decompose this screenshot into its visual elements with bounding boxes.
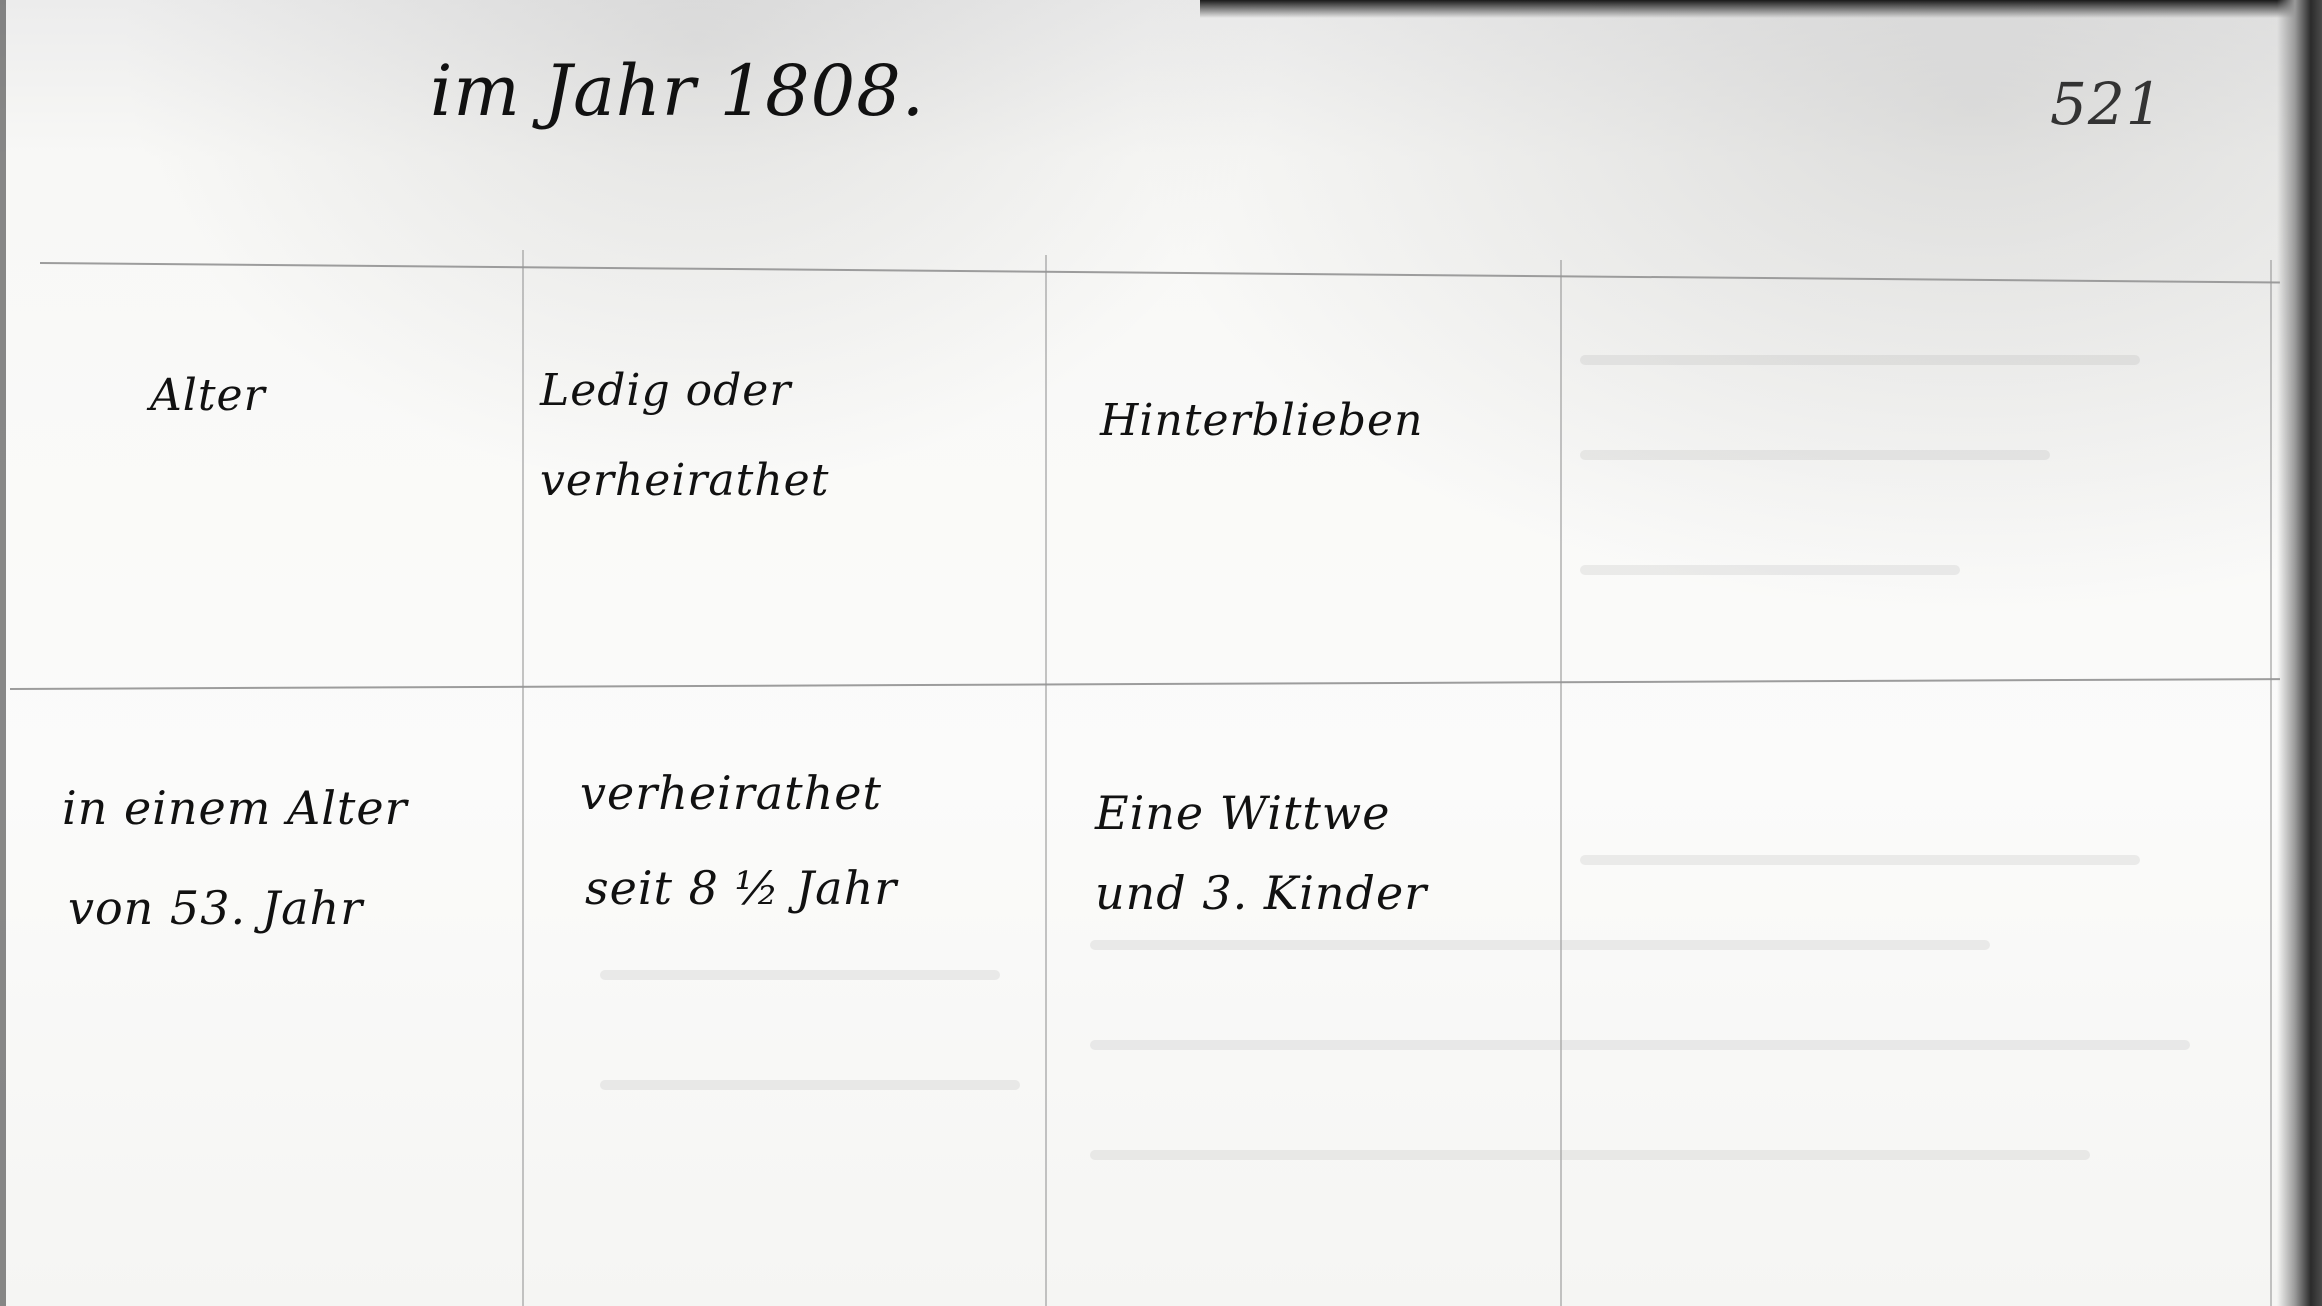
column-header-hinterblieben: Hinterblieben — [1100, 395, 1423, 446]
column-divider-4 — [2270, 260, 2272, 1306]
column-divider-2 — [1045, 255, 1047, 1306]
header-top-rule — [40, 262, 2280, 284]
cell-alter-line2: von 53. Jahr — [68, 870, 363, 946]
bleed-through-mark — [600, 970, 1000, 980]
column-header-stand-line2: verheirathet — [540, 455, 829, 506]
bleed-through-mark — [1580, 355, 2140, 365]
ledger-page: im Jahr 1808. 521 Alter Ledig oder verhe… — [0, 0, 2322, 1306]
bleed-through-mark — [1580, 450, 2050, 460]
bleed-through-mark — [1580, 565, 1960, 575]
cell-hinterblieben-line2: und 3. Kinder — [1095, 855, 1427, 931]
bleed-through-mark — [1580, 855, 2140, 865]
column-divider-3 — [1560, 260, 1562, 1306]
cell-alter-line1: in einem Alter — [62, 770, 408, 846]
column-header-alter: Alter — [150, 370, 266, 421]
bleed-through-mark — [1090, 1040, 2190, 1050]
header-bottom-rule — [10, 678, 2280, 690]
scan-top-shadow — [1200, 0, 2322, 18]
cell-stand-line1: verheirathet — [580, 755, 882, 831]
column-divider-1 — [522, 250, 524, 1306]
cell-hinterblieben-line1: Eine Wittwe — [1095, 775, 1391, 851]
bleed-through-mark — [1090, 940, 1990, 950]
page-number: 521 — [2050, 70, 2164, 138]
cell-stand-line2: seit 8 ½ Jahr — [585, 850, 897, 926]
book-binding-edge — [2277, 0, 2322, 1306]
bleed-through-mark — [1090, 1150, 2090, 1160]
bleed-through-mark — [600, 1080, 1020, 1090]
column-header-stand-line1: Ledig oder — [540, 365, 791, 416]
page-heading: im Jahr 1808. — [430, 50, 925, 132]
scan-left-edge — [0, 0, 6, 1306]
